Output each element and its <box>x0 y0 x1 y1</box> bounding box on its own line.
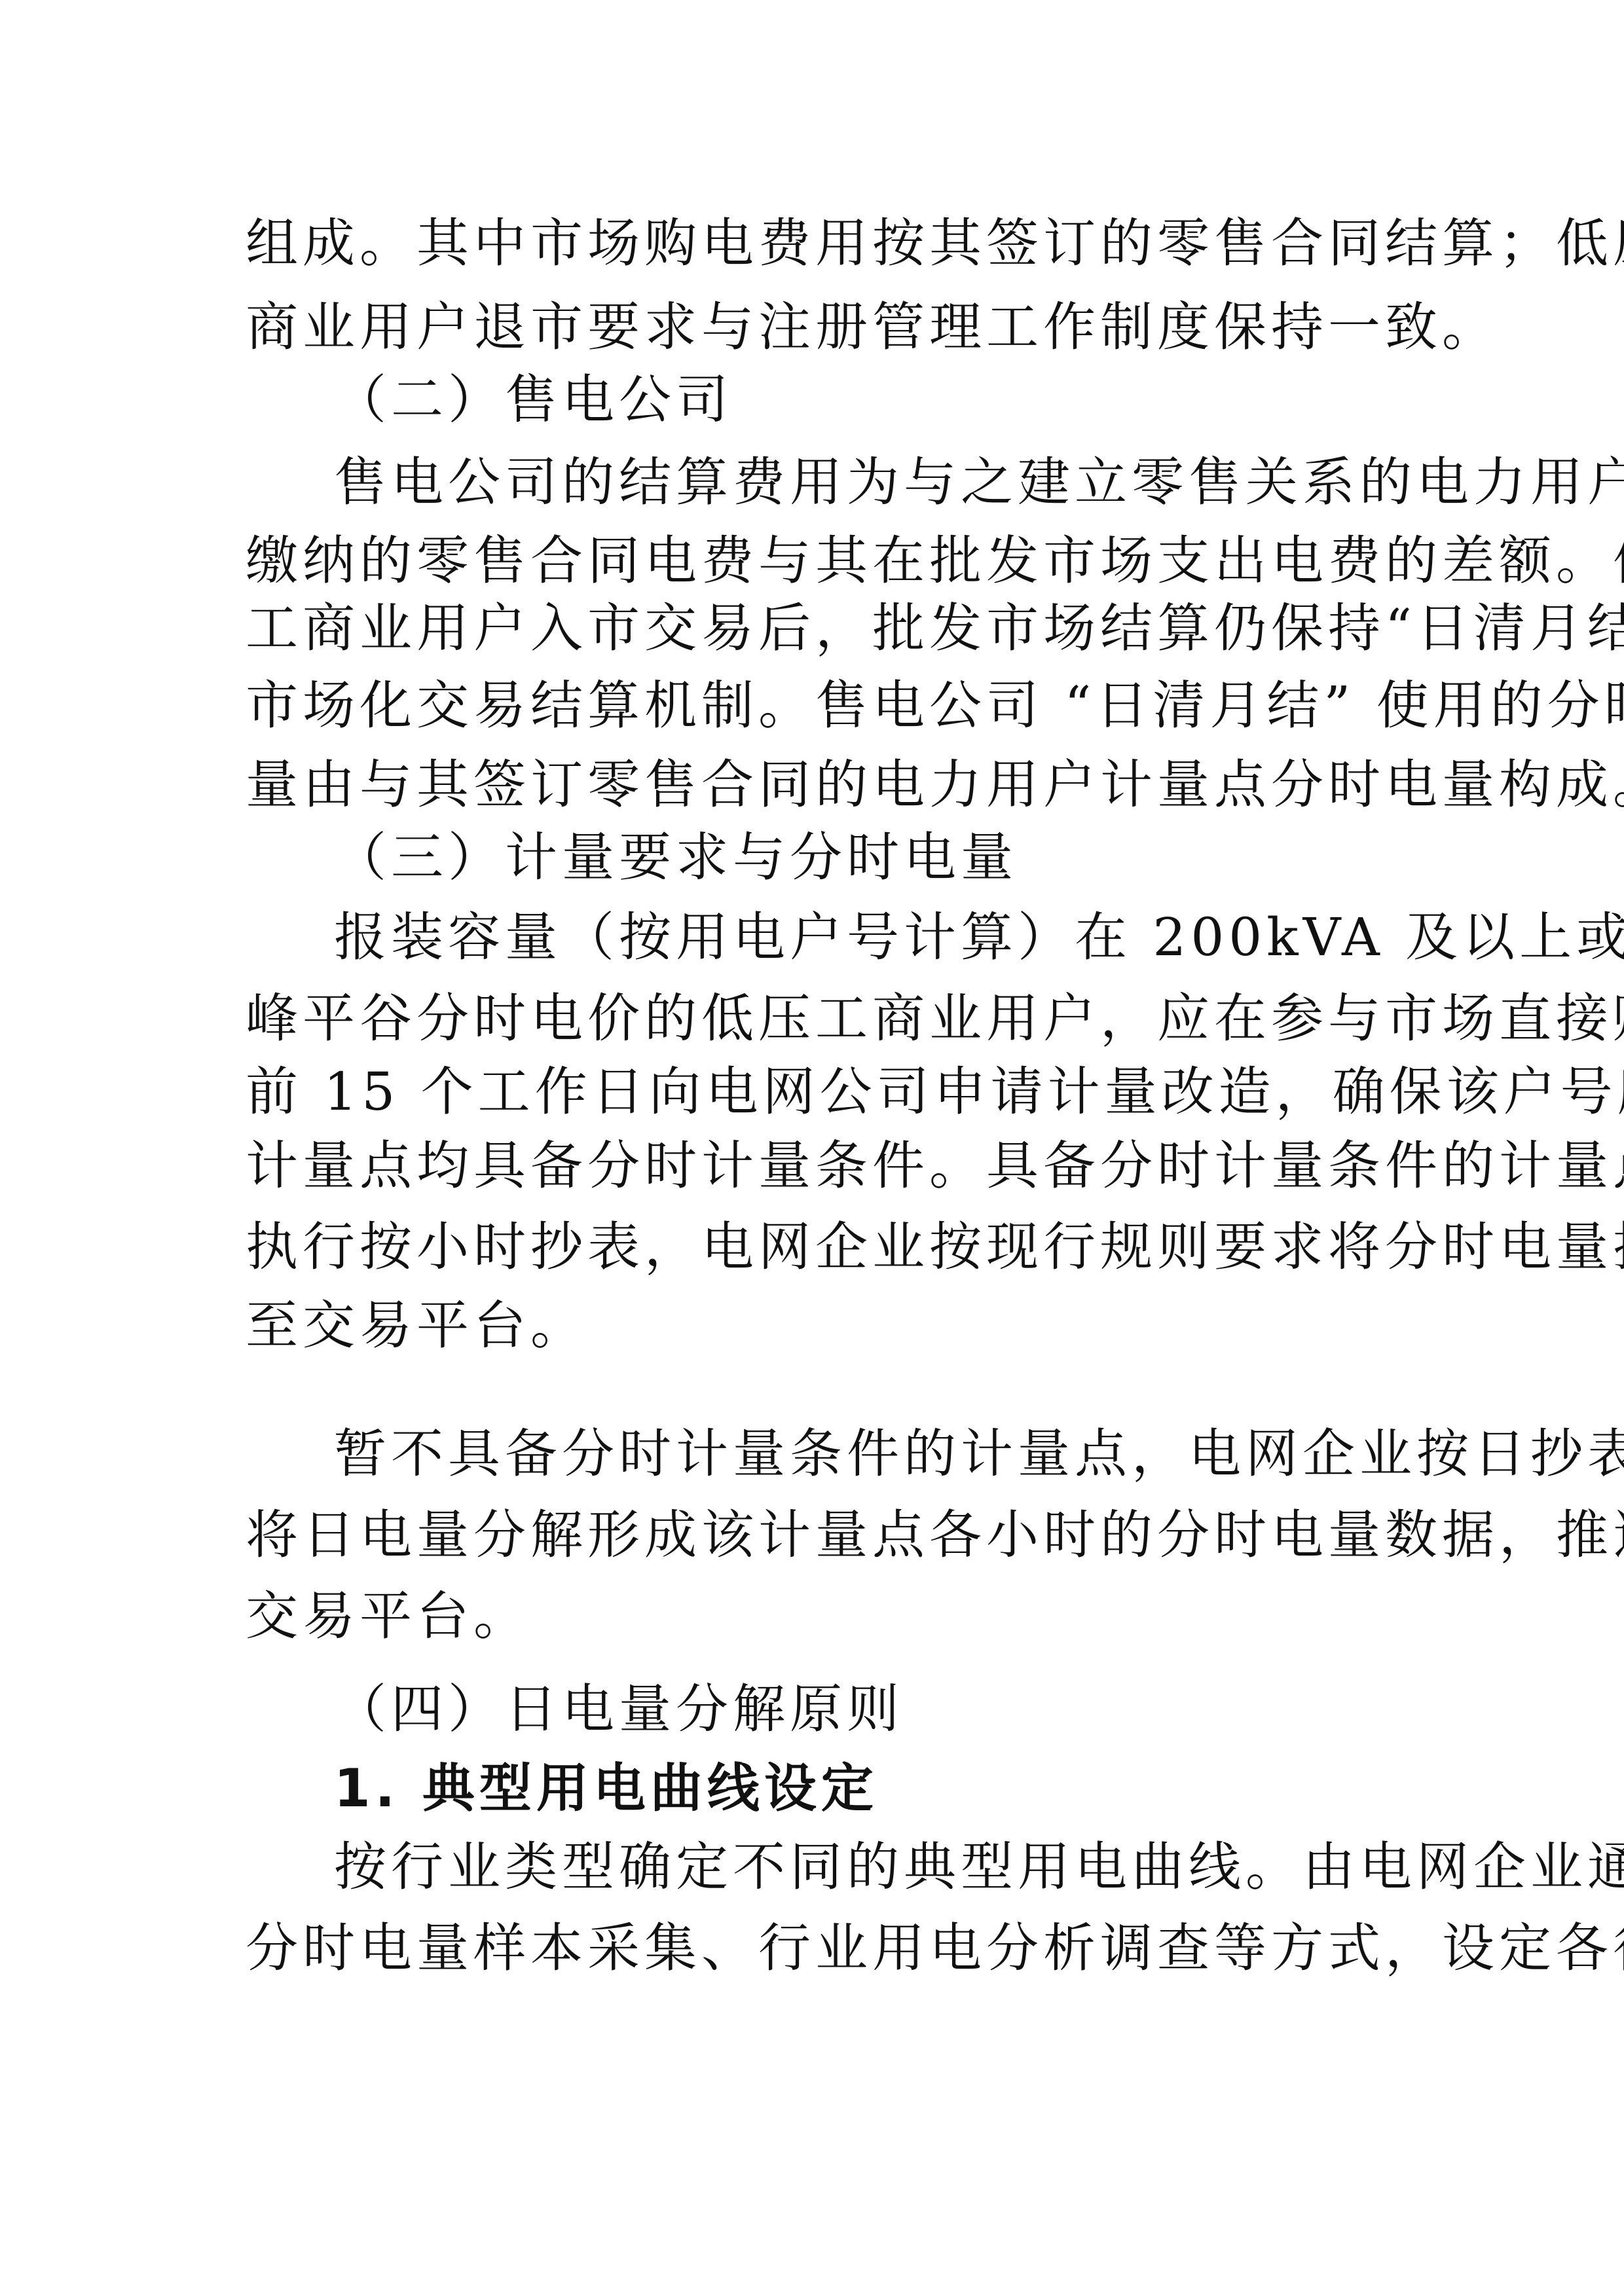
paragraph-line: 按行业类型确定不同的典型用电曲线。由电网企业通过 <box>334 1834 1486 1900</box>
paragraph-line: 至交易平台。 <box>246 1293 1398 1358</box>
paragraph-line: 报装容量（按用电户号计算）在 200kVA 及以上或执行 <box>334 905 1486 970</box>
paragraph-line: 交易平台。 <box>246 1584 1398 1649</box>
paragraph-line: 售电公司的结算费用为与之建立零售关系的电力用户 <box>334 450 1486 515</box>
paragraph-line: 峰平谷分时电价的低压工商业用户，应在参与市场直接购电 <box>246 986 1398 1051</box>
section-heading: （二）售电公司 <box>334 367 1486 433</box>
paragraph-line: 市场化交易结算机制。售电公司 “日清月结” 使用的分时电 <box>246 673 1398 738</box>
paragraph-line: 缴纳的零售合同电费与其在批发市场支出电费的差额。低压 <box>246 528 1398 594</box>
paragraph-line: 组成。其中市场购电费用按其签订的零售合同结算；低压工 <box>246 211 1398 276</box>
paragraph-line: 将日电量分解形成该计量点各小时的分时电量数据，推送至 <box>246 1503 1398 1568</box>
paragraph-line: 前 15 个工作日向电网公司申请计量改造，确保该户号所属 <box>246 1059 1398 1125</box>
paragraph-line: 暂不具备分时计量条件的计量点，电网企业按日抄表， <box>334 1421 1486 1487</box>
paragraph-line: 量由与其签订零售合同的电力用户计量点分时电量构成。 <box>246 752 1398 818</box>
paragraph-line: 计量点均具备分时计量条件。具备分时计量条件的计量点， <box>246 1133 1398 1199</box>
paragraph-line: 执行按小时抄表，电网企业按现行规则要求将分时电量推送 <box>246 1214 1398 1280</box>
paragraph-line: 工商业用户入市交易后，批发市场结算仍保持“日清月结”的 <box>246 596 1398 661</box>
paragraph-line: 商业用户退市要求与注册管理工作制度保持一致。 <box>246 295 1398 360</box>
section-heading: 1. 典型用电曲线设定 <box>334 1756 1486 1821</box>
section-heading: （三）计量要求与分时电量 <box>334 825 1486 890</box>
paragraph-line: 分时电量样本采集、行业用电分析调查等方式，设定各行业 <box>246 1916 1398 1981</box>
section-heading: （四）日电量分解原则 <box>334 1677 1486 1742</box>
